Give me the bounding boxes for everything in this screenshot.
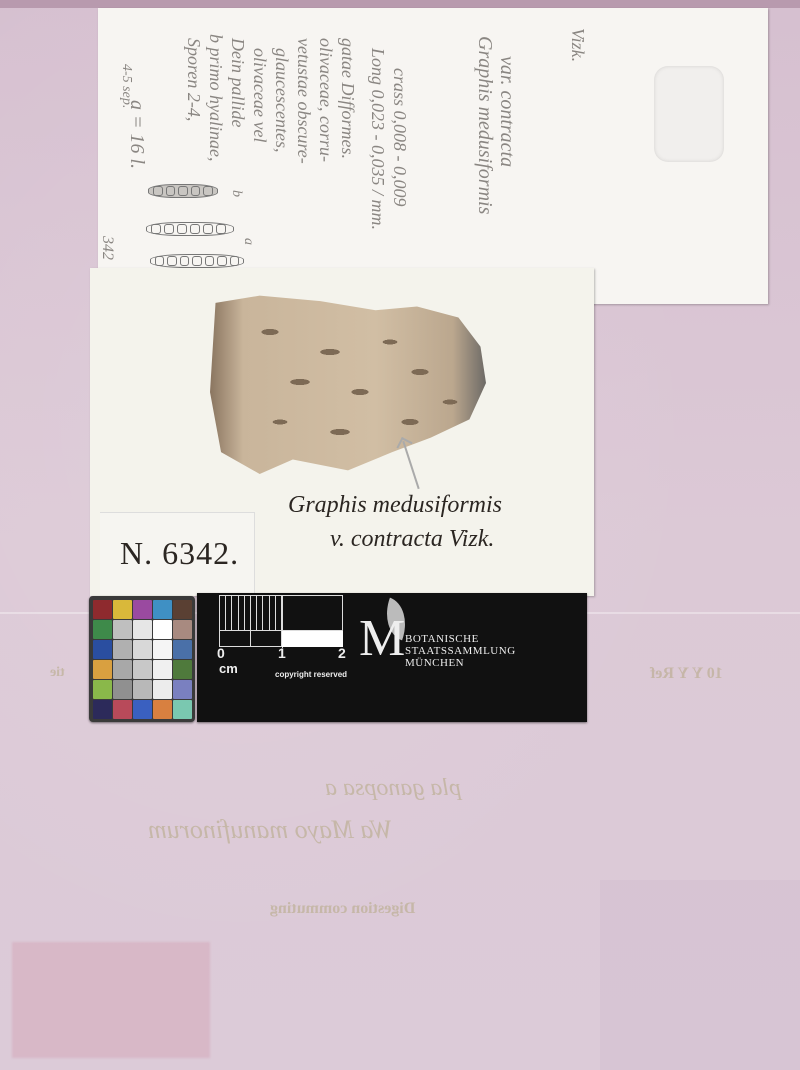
catalog-number: N. 6342. (120, 535, 239, 572)
bleed-through-text: Digestion commuting (270, 900, 415, 918)
embossed-stamp (654, 66, 724, 162)
catalog-number-card: N. 6342. (100, 512, 255, 595)
color-patch (113, 640, 132, 659)
color-patch (93, 700, 112, 719)
color-patch (93, 640, 112, 659)
note-line: gatae Difformes. (337, 38, 358, 159)
color-patch (153, 600, 172, 619)
note-line: Graphis medusiformis (473, 36, 496, 214)
color-patch (133, 680, 152, 699)
color-patch (153, 700, 172, 719)
color-patch (173, 600, 192, 619)
institution-logo: M (359, 613, 405, 665)
sketch-label: b (228, 190, 244, 197)
institution-line: STAATSSAMMLUNG (405, 645, 516, 657)
color-patch (93, 620, 112, 639)
note-line: glaucescentes, (271, 48, 292, 152)
color-patch (133, 600, 152, 619)
note-line: olivaceae vel (249, 48, 270, 142)
spore-sketch (146, 222, 234, 236)
scale-tick-label: 1 (278, 645, 286, 661)
sketch-label: a (240, 238, 256, 245)
color-patch (173, 680, 192, 699)
bleed-through-text: Wa Mayo manufinorum (148, 815, 393, 845)
color-patch (133, 640, 152, 659)
color-patch (113, 620, 132, 639)
sheet-top-edge (0, 0, 800, 8)
note-line: 4-5 sep. (118, 64, 134, 108)
color-patch (173, 700, 192, 719)
note-line: Vizk. (567, 28, 588, 62)
color-calibration-chart (89, 596, 195, 722)
taxon-name: Graphis medusiformis (288, 492, 502, 519)
color-patch (113, 660, 132, 679)
stain-mark (12, 942, 210, 1058)
ruler (219, 595, 343, 647)
note-line: olivaceae, corru- (315, 38, 336, 162)
color-patch (173, 640, 192, 659)
color-patch (153, 680, 172, 699)
note-line: var. contracta (495, 56, 518, 167)
scale-tick-label: 0 (217, 645, 225, 661)
color-patch (113, 700, 132, 719)
color-patch (113, 600, 132, 619)
bleed-through-text: tie (50, 665, 65, 681)
herbarium-sheet: pla ganopsa a Wa Mayo manufinorum Digest… (0, 0, 800, 1070)
color-patch (133, 620, 152, 639)
spore-sketch (150, 254, 244, 268)
scale-tick-label: 2 (338, 645, 346, 661)
color-patch (113, 680, 132, 699)
note-line: crass 0,008 - 0,009 (389, 68, 410, 207)
color-patch (133, 660, 152, 679)
note-line: a = 16 l. (125, 100, 148, 169)
color-patch (173, 620, 192, 639)
color-patch (93, 600, 112, 619)
color-patch (93, 660, 112, 679)
number-fragment: 342 (98, 236, 116, 260)
color-patch (153, 640, 172, 659)
note-line: b primo hyalinae, (205, 34, 226, 162)
scale-bar: 0 1 2 cm copyright reserved M BOTANISCHE… (197, 593, 587, 722)
note-line: Sporen 2-4, (183, 38, 204, 121)
note-line: vetustae obscure- (293, 38, 314, 164)
institution-line: MÜNCHEN (405, 657, 516, 669)
taxon-variety: v. contracta Vizk. (330, 526, 494, 553)
shadow-region (600, 880, 800, 1070)
copyright-text: copyright reserved (275, 670, 347, 679)
color-patch (153, 620, 172, 639)
color-patch (93, 680, 112, 699)
spore-sketch (148, 184, 218, 198)
bleed-through-text: pla ganopsa a (325, 775, 461, 802)
bleed-through-text: 10 Y Y Ref (650, 665, 723, 683)
note-line: Dein pallide (227, 38, 248, 127)
color-patch (173, 660, 192, 679)
scale-unit: cm (219, 661, 238, 676)
determination-note-card: a = 16 l. 4-5 sep. Sporen 2-4, b primo h… (98, 8, 768, 304)
institution-line: BOTANISCHE (405, 633, 516, 645)
note-line: Long 0,023 - 0,035 / mm. (367, 48, 388, 230)
color-patch (133, 700, 152, 719)
color-patch-grid (93, 600, 192, 719)
color-patch (153, 660, 172, 679)
institution-name: BOTANISCHE STAATSSAMMLUNG MÜNCHEN (405, 633, 516, 669)
